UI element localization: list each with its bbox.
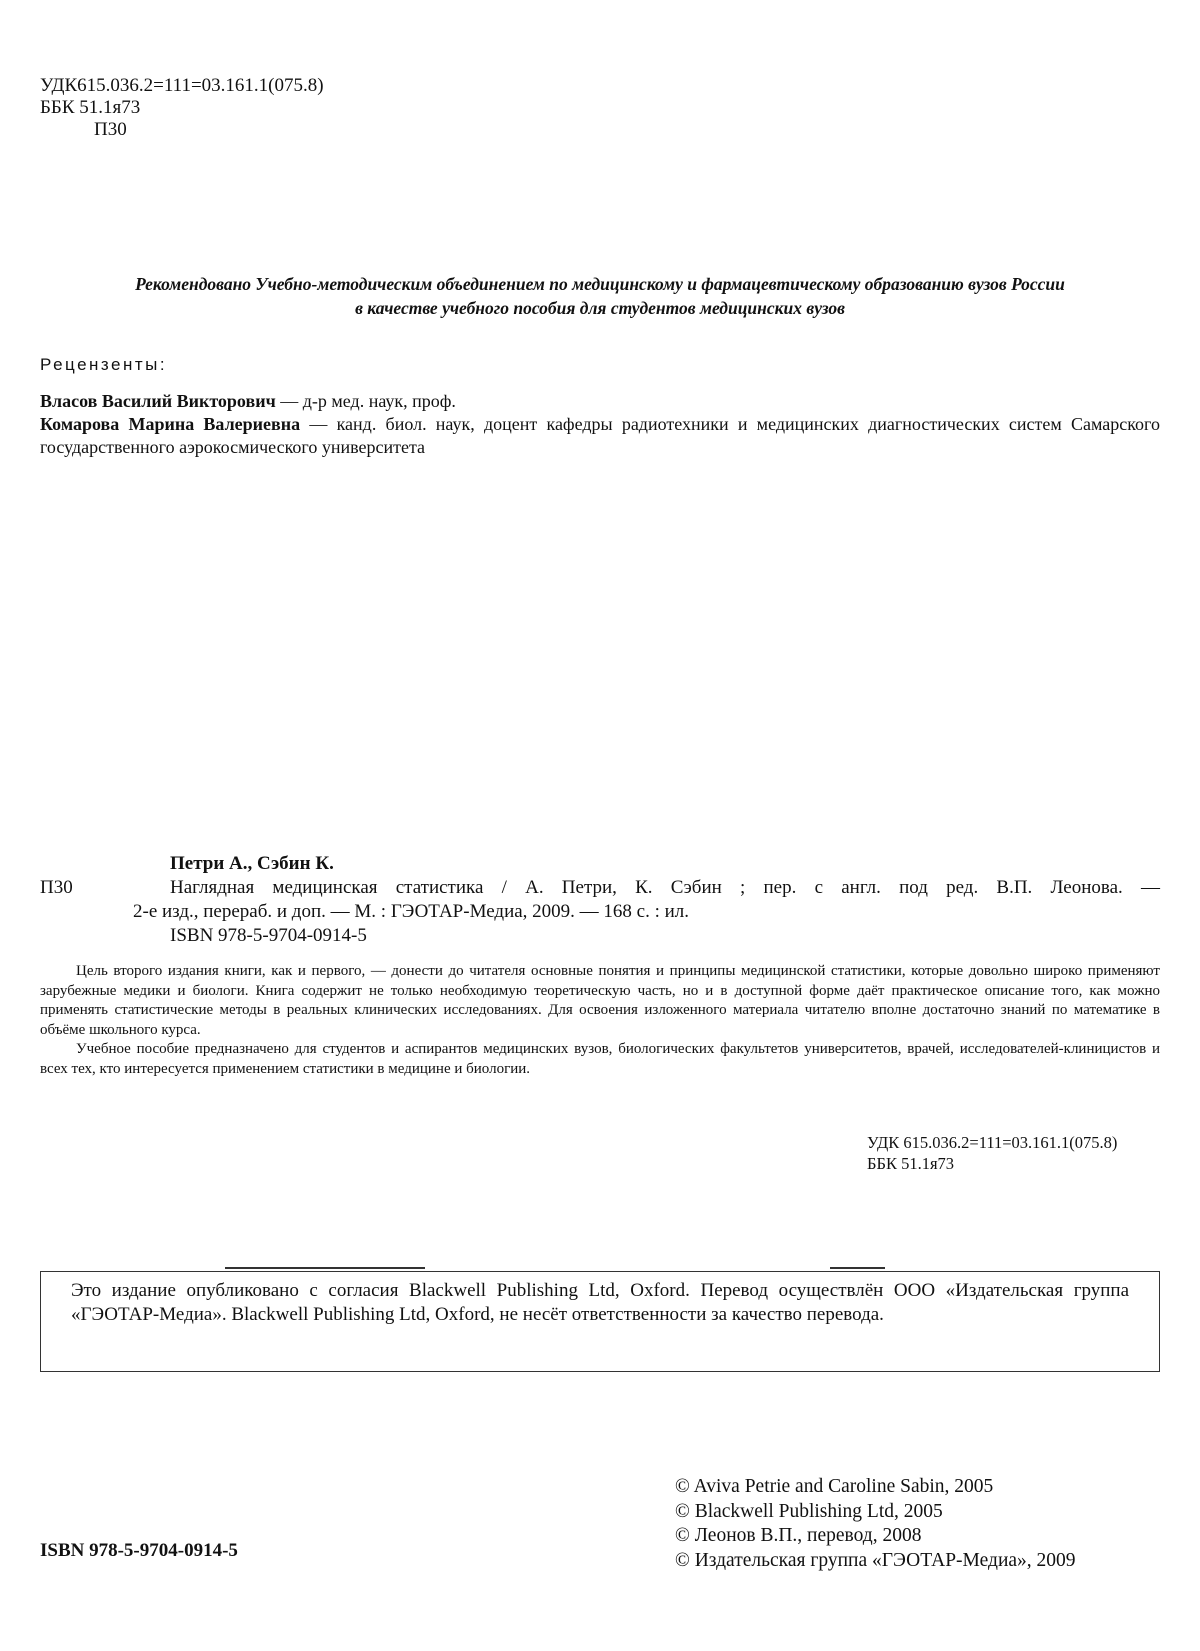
catalog-title-line-1: Наглядная медицинская статистика / А. Пе… xyxy=(133,876,1160,900)
catalog-isbn: ISBN 978-5-9704-0914-5 xyxy=(133,924,1160,948)
reviewer-name: Власов Василий Викторович xyxy=(40,391,276,411)
publication-notice-text: Это издание опубликовано с согласия Blac… xyxy=(71,1279,1129,1327)
recommendation-line-1: Рекомендовано Учебно-методическим объеди… xyxy=(40,272,1160,296)
catalog-title-line-2: 2-е изд., перераб. и доп. — М. : ГЭОТАР-… xyxy=(133,900,1160,924)
reviewer-description: — д-р мед. наук, проф. xyxy=(276,391,456,411)
isbn-bottom: ISBN 978-5-9704-0914-5 xyxy=(40,1540,238,1562)
copyright-item: © Blackwell Publishing Ltd, 2005 xyxy=(675,1500,1076,1525)
copyrights-list: © Aviva Petrie and Caroline Sabin, 2005 … xyxy=(675,1475,1076,1573)
reviewers-heading: Рецензенты: xyxy=(40,355,167,375)
annotation-paragraph-2: Учебное пособие предназначено для студен… xyxy=(40,1040,1160,1079)
catalog-authors: Петри А., Сэбин К. xyxy=(133,852,1160,876)
reviewer-name: Комарова Марина Валериевна xyxy=(40,414,300,434)
bbk-code: ББК 51.1я73 xyxy=(40,97,324,119)
udk-code: УДК615.036.2=111=03.161.1(075.8) xyxy=(40,75,324,97)
recommendation-line-2: в качестве учебного пособия для студенто… xyxy=(40,296,1160,320)
reviewer-item: Комарова Марина Валериевна — канд. биол.… xyxy=(40,413,1160,459)
copyright-item: © Aviva Petrie and Caroline Sabin, 2005 xyxy=(675,1475,1076,1500)
header-classification-codes: УДК615.036.2=111=03.161.1(075.8) ББК 51.… xyxy=(40,75,324,141)
box-top-mark-right xyxy=(830,1267,885,1269)
reviewers-list: Власов Василий Викторович — д-р мед. нау… xyxy=(40,390,1160,459)
bbk-code-right: ББК 51.1я73 xyxy=(867,1153,1117,1174)
udk-code-right: УДК 615.036.2=111=03.161.1(075.8) xyxy=(867,1132,1117,1153)
classification-right: УДК 615.036.2=111=03.161.1(075.8) ББК 51… xyxy=(867,1132,1117,1174)
publication-notice-box: Это издание опубликовано с согласия Blac… xyxy=(40,1271,1160,1372)
reviewer-item: Власов Василий Викторович — д-р мед. нау… xyxy=(40,390,1160,413)
catalog-card: П30 Петри А., Сэбин К. Наглядная медицин… xyxy=(40,852,1160,948)
author-mark: П30 xyxy=(40,119,324,141)
copyright-item: © Леонов В.П., перевод, 2008 xyxy=(675,1524,1076,1549)
copyright-item: © Издательская группа «ГЭОТАР-Медиа», 20… xyxy=(675,1549,1076,1574)
annotation-paragraph-1: Цель второго издания книги, как и первог… xyxy=(0,962,1160,1040)
recommendation-statement: Рекомендовано Учебно-методическим объеди… xyxy=(40,272,1160,320)
catalog-code: П30 xyxy=(40,876,73,900)
box-top-mark-left xyxy=(225,1267,425,1269)
catalog-body: Петри А., Сэбин К. Наглядная медицинская… xyxy=(133,852,1160,948)
annotation: Цель второго издания книги, как и первог… xyxy=(40,962,1160,1079)
